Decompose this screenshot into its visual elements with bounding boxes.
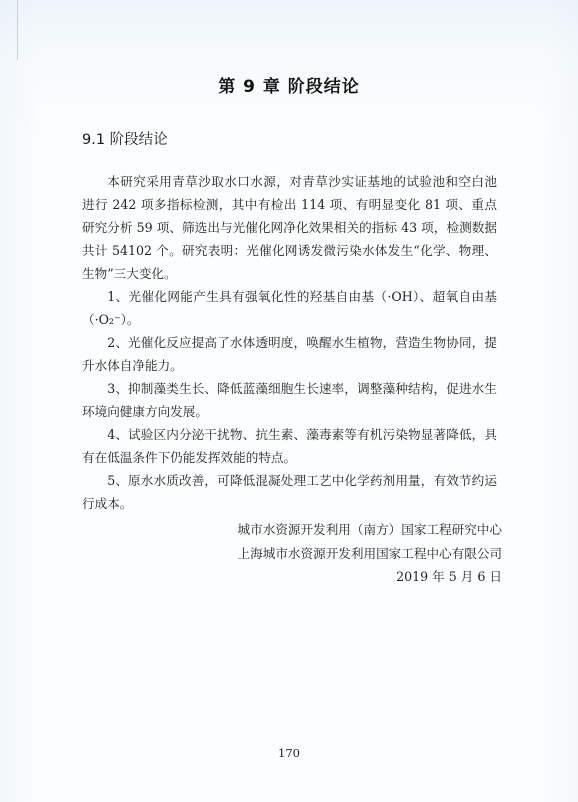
document-page: 第 9 章 阶段结论 9.1 阶段结论 本研究采用青草沙取水口水源，对青草沙实证…	[0, 0, 578, 802]
body-text: 本研究采用青草沙取水口水源，对青草沙实证基地的试验池和空白池进行 242 项多指…	[82, 170, 497, 515]
scan-edge-line	[17, 0, 18, 60]
signature-block: 城市水资源开发利用（南方）国家工程研究中心 上海城市水资源开发利用国家工程中心有…	[238, 518, 502, 589]
conclusion-item-5: 5、原水水质改善，可降低混凝处理工艺中化学药剂用量，有效节约运行成本。	[82, 469, 497, 515]
conclusion-item-1: 1、光催化网能产生具有强氧化性的羟基自由基（·OH）、超氧自由基（·O₂⁻）。	[82, 285, 497, 331]
signature-date: 2019 年 5 月 6 日	[238, 565, 502, 589]
conclusion-item-4: 4、试验区内分泌干扰物、抗生素、藻毒素等有机污染物显著降低，具有在低温条件下仍能…	[82, 423, 497, 469]
section-title: 9.1 阶段结论	[82, 128, 168, 149]
signature-org-2: 上海城市水资源开发利用国家工程中心有限公司	[238, 542, 502, 566]
signature-org-1: 城市水资源开发利用（南方）国家工程研究中心	[238, 518, 502, 542]
chapter-title: 第 9 章 阶段结论	[0, 72, 578, 97]
conclusion-item-2: 2、光催化反应提高了水体透明度，唤醒水生植物，营造生物协同，提升水体自净能力。	[82, 331, 497, 377]
page-number: 170	[0, 746, 578, 760]
intro-paragraph: 本研究采用青草沙取水口水源，对青草沙实证基地的试验池和空白池进行 242 项多指…	[82, 170, 497, 285]
conclusion-item-3: 3、抑制藻类生长、降低蓝藻细胞生长速率，调整藻种结构，促进水生环境向健康方向发展…	[82, 377, 497, 423]
